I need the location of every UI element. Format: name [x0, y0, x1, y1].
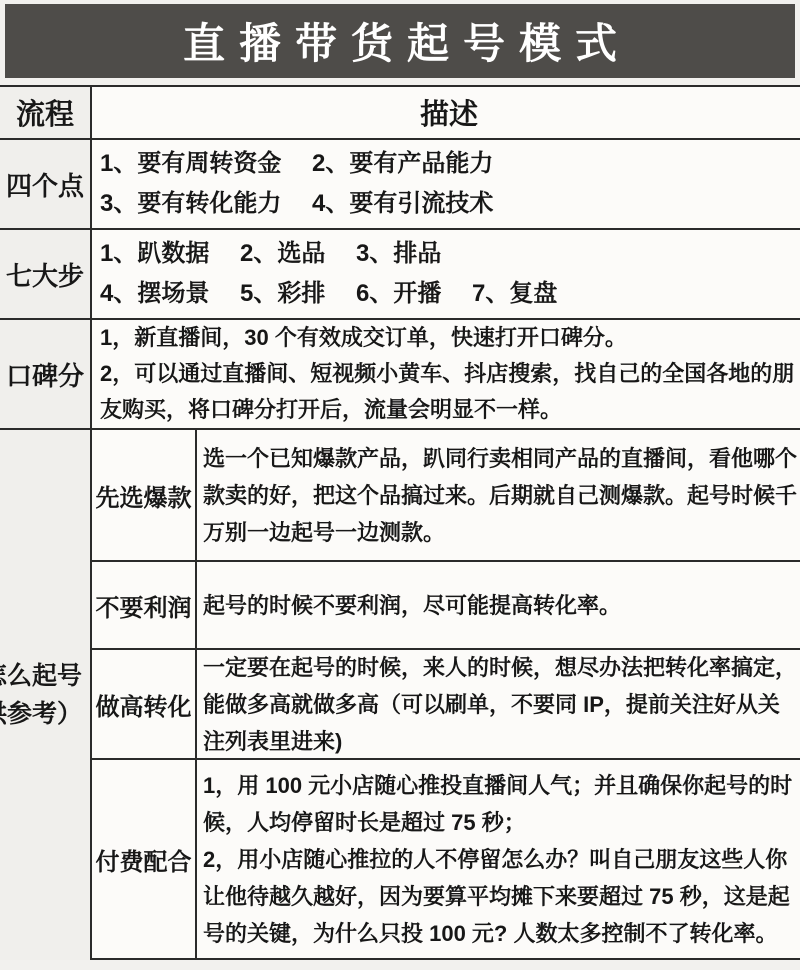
row-label-four-points: 四个点: [0, 140, 92, 228]
page-title: 直播带货起号模式: [183, 11, 631, 71]
group-rows: 先选爆款 选一个已知爆款产品，趴同行卖相同产品的直播间，看他哪个款卖的好，把这个…: [92, 430, 800, 960]
row-label-reputation-score: 口碑分: [0, 320, 92, 428]
sub-row-paid-boost: 付费配合 1，用 100 元小店随心推投直播间人气；并且确保你起号的时候，人均停…: [92, 760, 800, 960]
group-label-line1: 怎么起号: [0, 657, 82, 695]
sub-text-high-conversion: 一定要在起号的时候，来人的时候，想尽办法把转化率搞定，能做多高就做多高（可以刷单…: [197, 650, 800, 758]
table-row-four-points: 四个点 1、要有周转资金 2、要有产品能力 3、要有转化能力 4、要有引流技术: [0, 140, 800, 230]
table-group-how-to-start: 怎么起号 供参考） 先选爆款 选一个已知爆款产品，趴同行卖相同产品的直播间，看他…: [0, 430, 800, 960]
group-label-line2: 供参考）: [0, 695, 82, 733]
sub-row-high-conversion: 做高转化 一定要在起号的时候，来人的时候，想尽办法把转化率搞定，能做多高就做多高…: [92, 650, 800, 760]
sub-label-high-conversion: 做高转化: [92, 650, 197, 758]
table-row-seven-steps: 七大步 1、趴数据 2、选品 3、排品 4、摆场景 5、彩排 6、开播 7、复盘: [0, 230, 800, 320]
row-text-four-points: 1、要有周转资金 2、要有产品能力 3、要有转化能力 4、要有引流技术: [92, 140, 800, 228]
sub-row-no-profit: 不要利润 起号的时候不要利润，尽可能提高转化率。: [92, 562, 800, 650]
row-label-seven-steps: 七大步: [0, 230, 92, 318]
startup-model-table: 流程 描述 四个点 1、要有周转资金 2、要有产品能力 3、要有转化能力 4、要…: [0, 85, 800, 960]
sub-row-pick-hot-product: 先选爆款 选一个已知爆款产品，趴同行卖相同产品的直播间，看他哪个款卖的好，把这个…: [92, 430, 800, 562]
table-header-row: 流程 描述: [0, 87, 800, 140]
table-row-reputation-score: 口碑分 1，新直播间，30 个有效成交订单，快速打开口碑分。 2，可以通过直播间…: [0, 320, 800, 430]
sub-text-pick-hot-product: 选一个已知爆款产品，趴同行卖相同产品的直播间，看他哪个款卖的好，把这个品搞过来。…: [197, 430, 800, 560]
sub-text-no-profit: 起号的时候不要利润，尽可能提高转化率。: [197, 562, 800, 648]
header-desc-cell: 描述: [92, 87, 800, 138]
title-bar: 直播带货起号模式: [5, 4, 795, 78]
header-flow-cell: 流程: [0, 87, 92, 138]
row-text-reputation-score: 1，新直播间，30 个有效成交订单，快速打开口碑分。 2，可以通过直播间、短视频…: [92, 320, 800, 428]
group-label-cell: 怎么起号 供参考）: [0, 430, 92, 960]
group-label: 怎么起号 供参考）: [0, 657, 82, 733]
sub-label-pick-hot-product: 先选爆款: [92, 430, 197, 560]
sub-label-paid-boost: 付费配合: [92, 760, 197, 958]
sub-text-paid-boost: 1，用 100 元小店随心推投直播间人气；并且确保你起号的时候，人均停留时长是超…: [197, 760, 800, 958]
sub-label-no-profit: 不要利润: [92, 562, 197, 648]
row-text-seven-steps: 1、趴数据 2、选品 3、排品 4、摆场景 5、彩排 6、开播 7、复盘: [92, 230, 800, 318]
